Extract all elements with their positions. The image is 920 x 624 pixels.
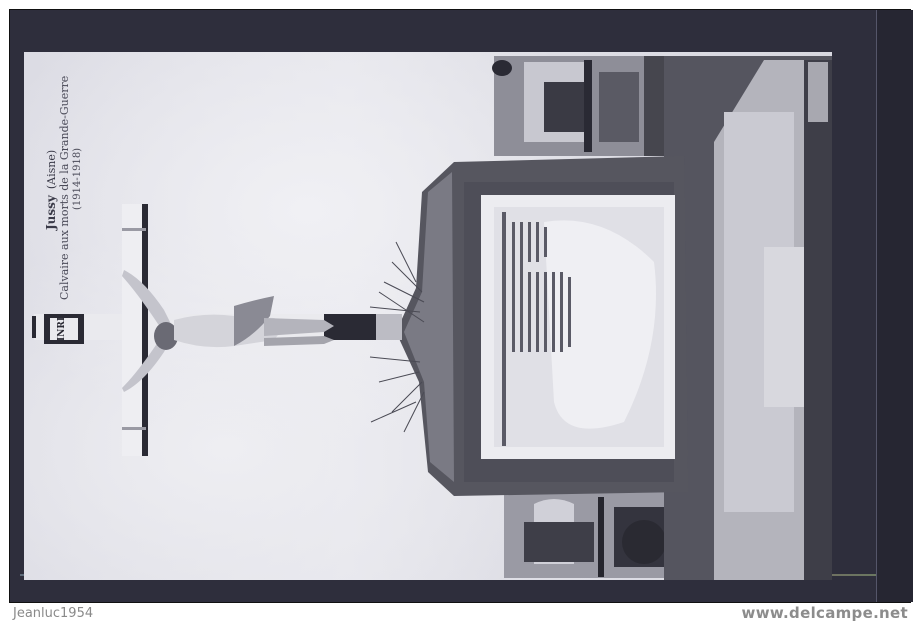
- svg-text:INRI: INRI: [57, 317, 67, 341]
- memorial-plaque: [481, 195, 675, 459]
- seller-watermark: Jeanluc1954: [13, 606, 93, 621]
- site-watermark: www.delcampe.net: [742, 604, 908, 622]
- caption-dates: (1914-1918): [72, 148, 83, 210]
- postcard-photo: INRI Jussy(Aisne) Calvaire aux morts de …: [24, 52, 832, 580]
- caption-department: (Aisne): [45, 150, 58, 189]
- caption-place-name: Jussy: [44, 195, 58, 230]
- postcard-scan-sleeve: INRI Jussy(Aisne) Calvaire aux morts de …: [9, 9, 911, 603]
- steps: [664, 56, 832, 580]
- sleeve-edge: [876, 10, 913, 602]
- caption-subtitle: Calvaire aux morts de la Grande-Guerre: [58, 76, 71, 300]
- postcard-caption: Jussy(Aisne) Calvaire aux morts de la Gr…: [42, 60, 112, 300]
- buildings-top: [492, 56, 694, 156]
- calvary-scene: INRI: [24, 52, 832, 580]
- inri-titulus: INRI: [44, 314, 84, 344]
- caption-place: Jussy(Aisne): [44, 150, 58, 230]
